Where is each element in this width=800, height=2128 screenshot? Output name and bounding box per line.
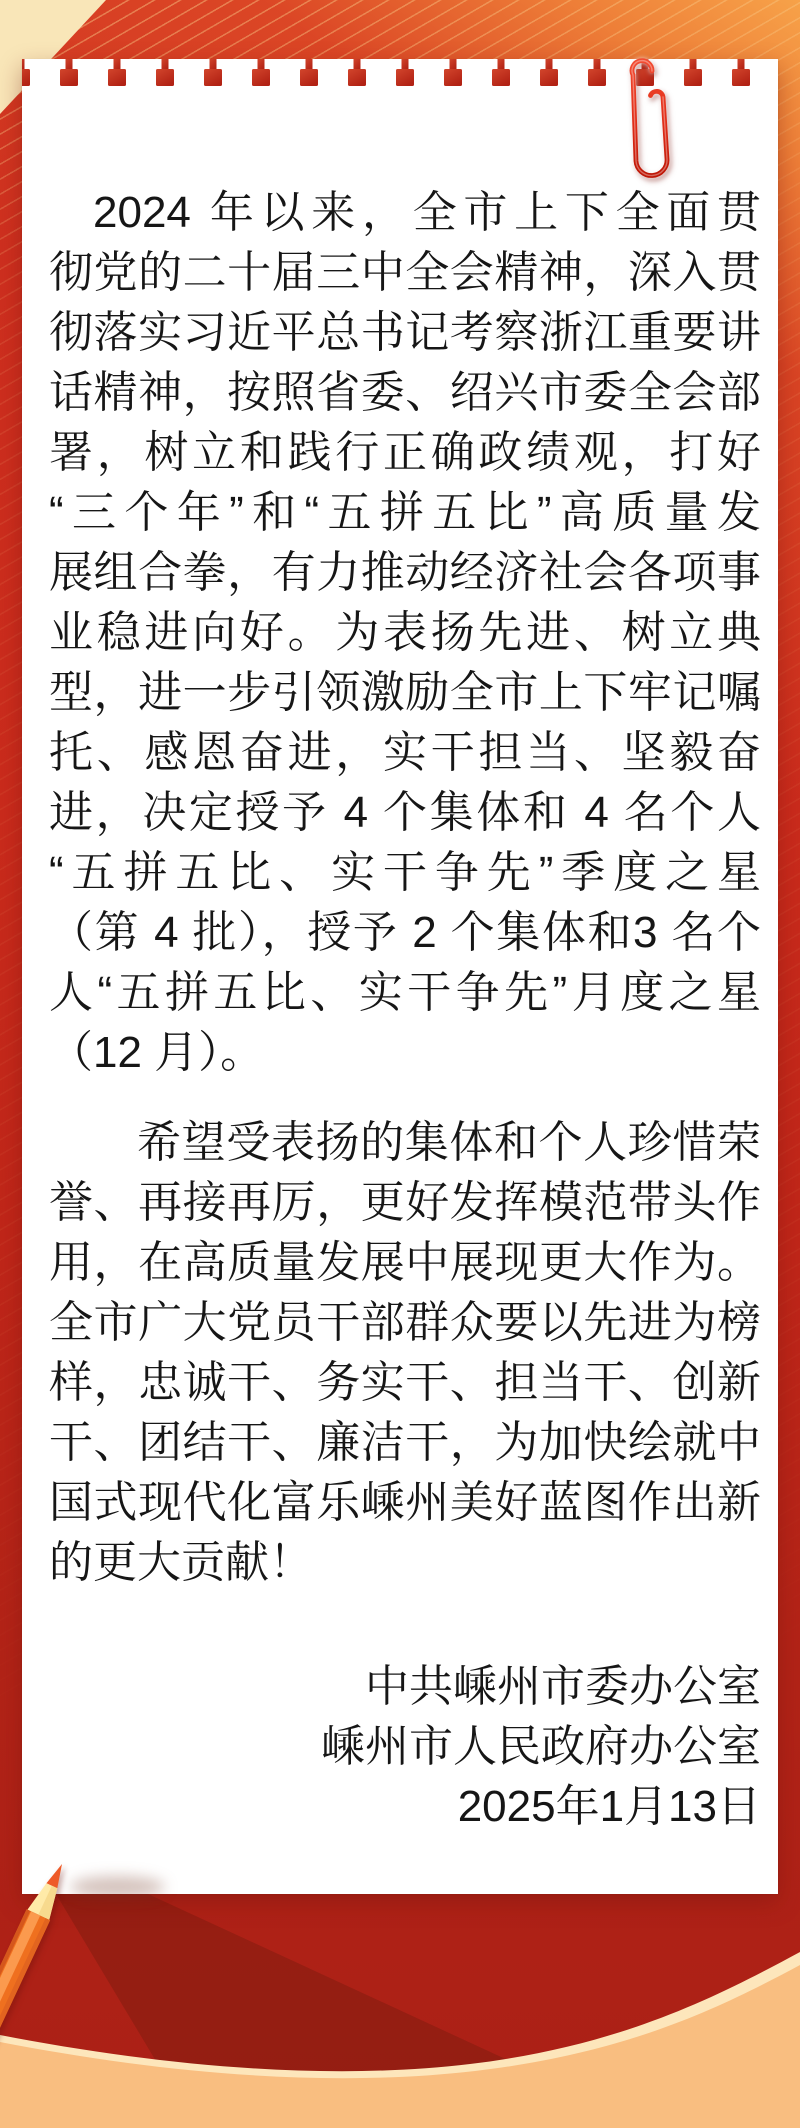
paragraph-1: 2024 年以来，全市上下全面贯彻党的二十届三中全会精神，深入贯彻落实习近平总书… bbox=[49, 183, 761, 1083]
text-line: 希望受表扬的集体和个人珍惜荣 bbox=[49, 1113, 761, 1173]
signature-block: 中共嵊州市委办公室 嵊州市人民政府办公室 2025年1月13日 bbox=[49, 1657, 761, 1837]
announcement-poster: 2024 年以来，全市上下全面贯彻党的二十届三中全会精神，深入贯彻落实习近平总书… bbox=[0, 0, 800, 2128]
pencil-icon bbox=[0, 1842, 134, 2128]
paragraph-2: 希望受表扬的集体和个人珍惜荣誉、再接再厉，更好发挥模范带头作用，在高质量发展中展… bbox=[49, 1113, 761, 1593]
text-line: 进，决定授予 4 个集体和 4 名个人 bbox=[49, 783, 761, 843]
text-line: 样，忠诚干、务实干、担当干、创新 bbox=[49, 1353, 761, 1413]
document-body: 2024 年以来，全市上下全面贯彻党的二十届三中全会精神，深入贯彻落实习近平总书… bbox=[49, 60, 761, 1837]
text-line: 彻落实习近平总书记考察浙江重要讲 bbox=[49, 303, 761, 363]
notepad-paper: 2024 年以来，全市上下全面贯彻党的二十届三中全会精神，深入贯彻落实习近平总书… bbox=[22, 60, 778, 1894]
text-line: 的更大贡献！ bbox=[49, 1533, 761, 1593]
text-line: 用，在高质量发展中展现更大作为。 bbox=[49, 1233, 761, 1293]
text-line: 国式现代化富乐嵊州美好蓝图作出新 bbox=[49, 1473, 761, 1533]
text-line: 干、团结干、廉洁干，为加快绘就中 bbox=[49, 1413, 761, 1473]
text-line: 话精神，按照省委、绍兴市委全会部 bbox=[49, 363, 761, 423]
text-line: 托、感恩奋进，实干担当、坚毅奋 bbox=[49, 723, 761, 783]
text-line: “三个年”和“五拼五比”高质量发 bbox=[49, 483, 761, 543]
text-line: “五拼五比、实干争先”季度之星 bbox=[49, 843, 761, 903]
text-line: 人“五拼五比、实干争先”月度之星 bbox=[49, 963, 761, 1023]
paperclip-icon bbox=[586, 26, 720, 196]
signature-office-1: 中共嵊州市委办公室 bbox=[49, 1657, 761, 1717]
text-line: 业稳进向好。为表扬先进、树立典 bbox=[49, 603, 761, 663]
signature-date: 2025年1月13日 bbox=[49, 1777, 761, 1837]
text-line: 展组合拳，有力推动经济社会各项事 bbox=[49, 543, 761, 603]
text-line: （第 4 批），授予 2 个集体和3 名个 bbox=[49, 903, 761, 963]
text-line: 署，树立和践行正确政绩观，打好 bbox=[49, 423, 761, 483]
text-line: 彻党的二十届三中全会精神，深入贯 bbox=[49, 243, 761, 303]
signature-office-2: 嵊州市人民政府办公室 bbox=[49, 1717, 761, 1777]
text-line: 全市广大党员干部群众要以先进为榜 bbox=[49, 1293, 761, 1353]
text-line: 誉、再接再厉，更好发挥模范带头作 bbox=[49, 1173, 761, 1233]
text-line: （12 月）。 bbox=[49, 1023, 761, 1083]
text-line: 型，进一步引领激励全市上下牢记嘱 bbox=[49, 663, 761, 723]
